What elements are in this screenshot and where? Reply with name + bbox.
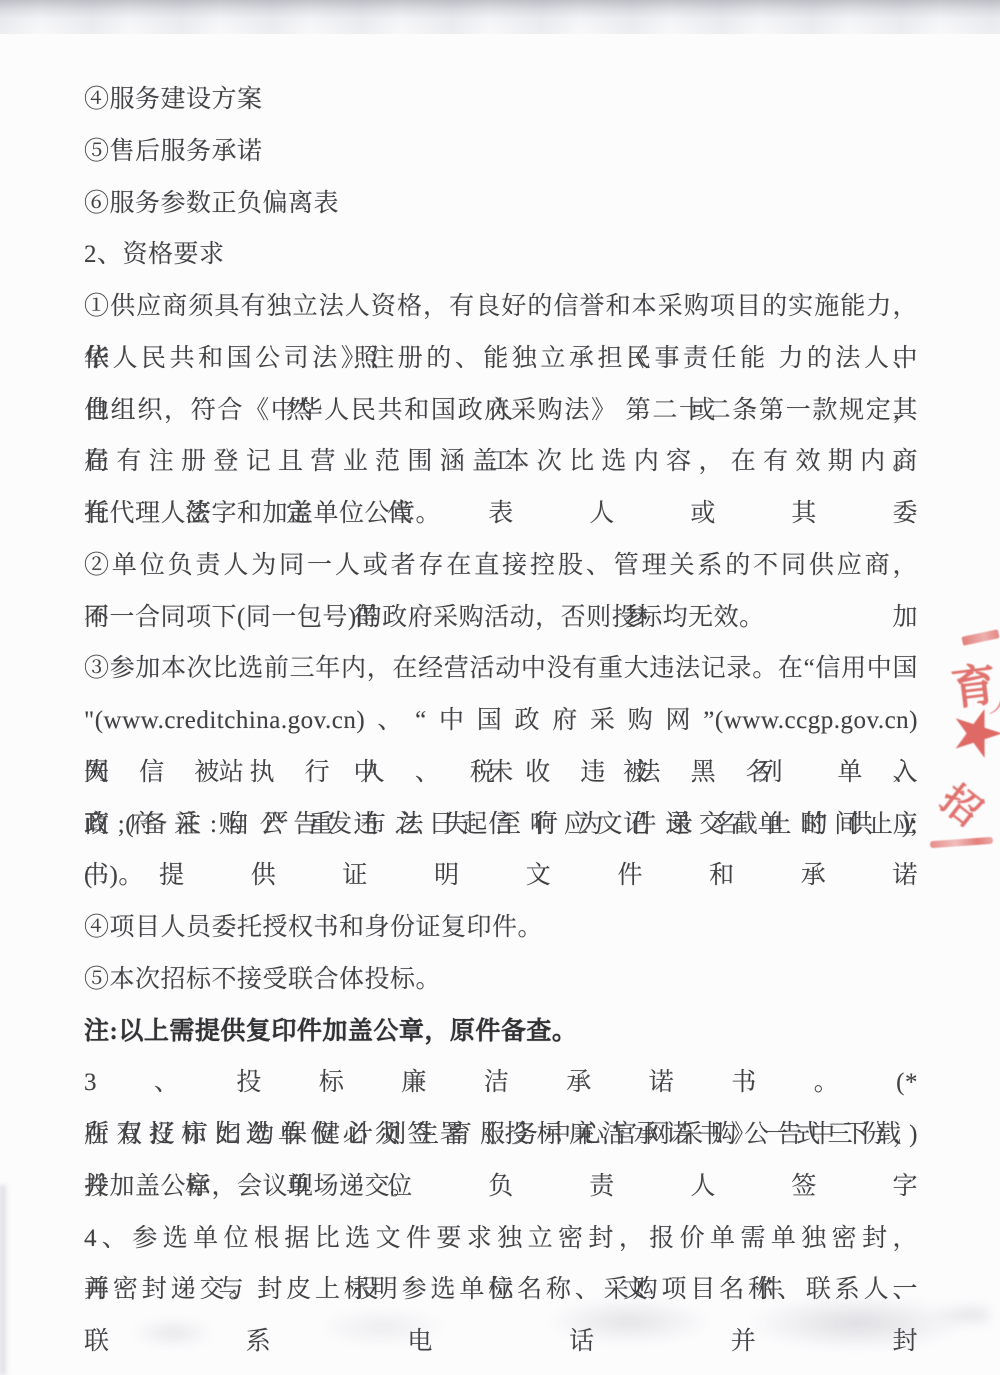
clause-1-line-1: ①供应商须具有独立法人资格，有良好的信誉和本采购项目的实施能力，依照《中 — [84, 281, 918, 333]
section-3-line-2: 所有投标比选单位必须签署《投标廉洁承诺书》一式三份，投标单位负责人签字 — [84, 1109, 918, 1161]
clause-4-id-copies: ④项目人员委托授权书和身份证复印件。 — [84, 902, 918, 954]
scan-bleedthrough-bottom — [40, 1282, 990, 1364]
stamp-stroke-icon — [961, 629, 999, 645]
stamp-character-bottom: 招 — [931, 769, 995, 836]
clause-1-line-2: 华人民共和国公司法》注册的、能独立承担民事责任能 力的法人、自然人或其 — [84, 333, 918, 385]
section-4-line-1: 4、参选单位根据比选文件要求独立密封，报价单需单独密封，再与投标文件一 — [84, 1213, 918, 1265]
clause-3-line-1: ③参加本次比选前三年内，在经营活动中没有重大违法记录。在“信用中国 — [84, 643, 918, 695]
clause-1-line-4: 局有注册登记且营业范围涵盖本次比选内容，在有效期内。有法定代表人或其委 — [84, 436, 918, 488]
section-2-heading: 2、资格要求 — [84, 229, 918, 281]
clause-3-line-2: "(www.creditchina.gov.cn)、“中国政府采购网”(www.… — [84, 695, 918, 747]
note-line: 注:以上需提供复印件加盖公章，原件备查。 — [84, 1006, 918, 1058]
clause-2-line-1: ②单位负责人为同一人或者存在直接控股、管理关系的不同供应商， 不得参加 — [84, 540, 918, 592]
section-3-line-1: 3、投标廉洁承诺书。(*在双辽市妇幼保健计划生育服务中心官网采购公告中下载) — [84, 1057, 918, 1109]
clause-1-line-3: 他组织，符合《中华人民共和国政府采购法》 第二十二条第一款规定，在工商 — [84, 385, 918, 437]
list-item-4-service-plan: ④服务建设方案 — [84, 74, 918, 126]
clause-3-line-3: 失信被执行人、税收违法黑名 单、政府采购严重违法失信行为记录名单的供应 — [84, 747, 918, 799]
stamp-star-icon: ★ — [938, 689, 1000, 777]
document-body: ④服务建设方案 ⑤售后服务承诺 ⑥服务参数正负偏离表 2、资格要求 ①供应商须具… — [84, 74, 918, 1316]
clause-5-no-consortium: ⑤本次招标不接受联合体投标。 — [84, 954, 918, 1006]
scan-edge-artifact-top — [0, 0, 1000, 34]
clause-3-line-4: 商;(备注:自公告发布之日起至响应文件递交截止时间止);(提供证明文件和承诺 — [84, 799, 918, 851]
stamp-stroke-icon — [930, 837, 993, 848]
list-item-6-deviation-table: ⑥服务参数正负偏离表 — [84, 178, 918, 230]
document-page: ④服务建设方案 ⑤售后服务承诺 ⑥服务参数正负偏离表 2、资格要求 ①供应商须具… — [0, 0, 1000, 1375]
scan-edge-artifact-left — [0, 1185, 9, 1375]
list-item-5-aftersale: ⑤售后服务承诺 — [84, 126, 918, 178]
